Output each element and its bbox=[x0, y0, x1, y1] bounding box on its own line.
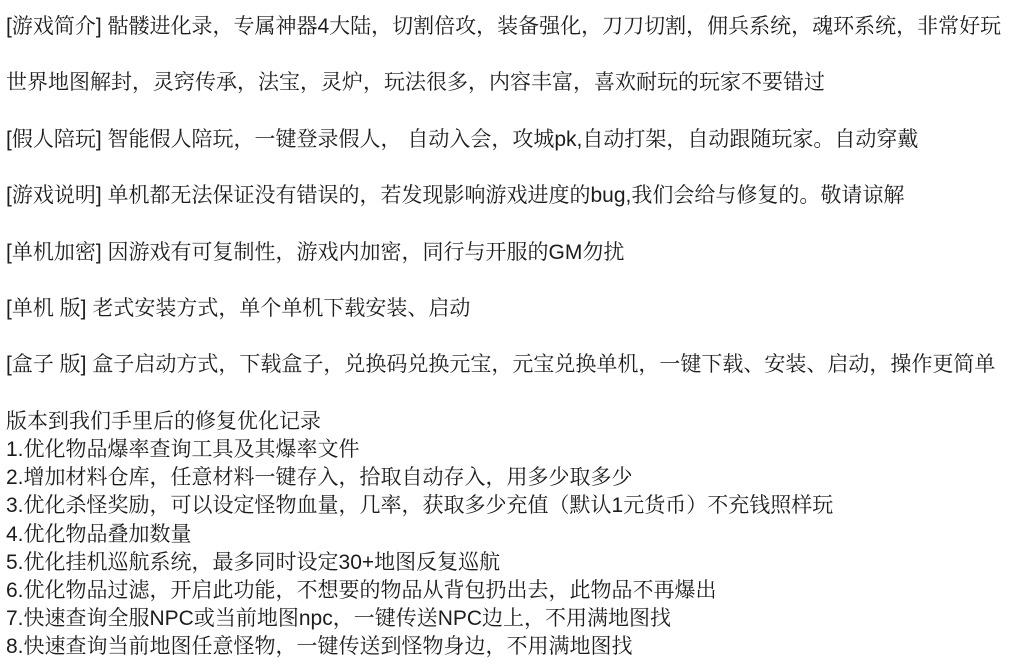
changelog-item-1: 1.优化物品爆率查询工具及其爆率文件 bbox=[6, 436, 1023, 464]
changelog-item-8: 8.快速查询当前地图任意怪物，一键传送到怪物身边，不用满地图找 bbox=[6, 633, 1023, 661]
changelog-item-6: 6.优化物品过滤，开启此功能，不想要的物品从背包扔出去，此物品不再爆出 bbox=[6, 577, 1023, 605]
paragraph-game-intro-line-2: 世界地图解封，灵窍传承，法宝，灵炉，玩法很多，内容丰富，喜欢耐玩的玩家不要错过 bbox=[6, 69, 1023, 97]
changelog-item-4: 4.优化物品叠加数量 bbox=[6, 521, 1023, 549]
changelog-item-3: 3.优化杀怪奖励，可以设定怪物血量，几率，获取多少充值（默认1元货币）不充钱照样… bbox=[6, 492, 1023, 520]
changelog-item-7: 7.快速查询全服NPC或当前地图npc，一键传送NPC边上，不用满地图找 bbox=[6, 605, 1023, 633]
paragraph-box-edition: [盒子 版] 盒子启动方式，下载盒子，兑换码兑换元宝，元宝兑换单机，一键下载、安… bbox=[6, 351, 1023, 379]
paragraph-fake-player-feature: [假人陪玩] 智能假人陪玩，一键登录假人， 自动入会，攻城pk,自动打架，自动跟… bbox=[6, 126, 1023, 154]
paragraph-game-note: [游戏说明] 单机都无法保证没有错误的，若发现影响游戏进度的bug,我们会给与修… bbox=[6, 182, 1023, 210]
paragraph-game-intro-line-1: [游戏简介] 骷髅进化录，专属神器4大陆，切割倍攻，装备强化，刀刀切割，佣兵系统… bbox=[6, 13, 1023, 41]
changelog-item-2: 2.增加材料仓库，任意材料一键存入，拾取自动存入，用多少取多少 bbox=[6, 464, 1023, 492]
game-description-document: [游戏简介] 骷髅进化录，专属神器4大陆，切割倍攻，装备强化，刀刀切割，佣兵系统… bbox=[0, 0, 1027, 667]
changelog-heading: 版本到我们手里后的修复优化记录 bbox=[6, 408, 1023, 436]
changelog-item-5: 5.优化挂机巡航系统，最多同时设定30+地图反复巡航 bbox=[6, 549, 1023, 577]
paragraph-standalone-encryption: [单机加密] 因游戏有可复制性，游戏内加密，同行与开服的GM勿扰 bbox=[6, 239, 1023, 267]
paragraph-standalone-edition: [单机 版] 老式安装方式，单个单机下载安装、启动 bbox=[6, 295, 1023, 323]
